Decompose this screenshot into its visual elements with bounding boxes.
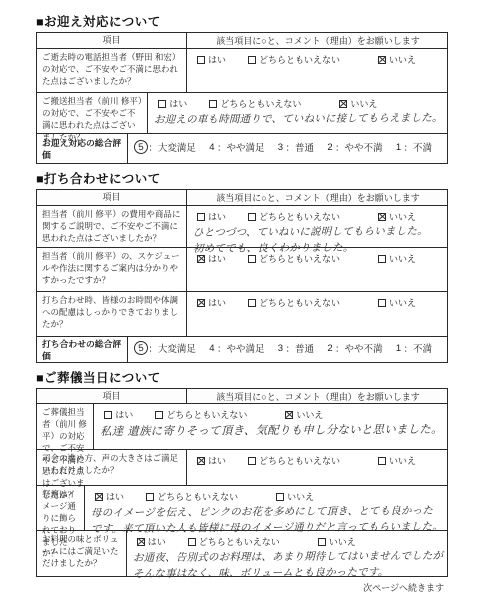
- checkbox-icon: [378, 255, 386, 263]
- option-yes: はい: [197, 53, 226, 66]
- rating-cell: 5：大変満足 4：やや満足 3：普通 2：やや不満 1：不満: [128, 337, 447, 362]
- answer-cell: はい どちらともいえない いいえ: [187, 450, 447, 485]
- question-cell: 打ち合わせ時、皆様のお時間や体調への配慮はしっかりできておりましたか？: [37, 292, 187, 336]
- header-item: 項目: [37, 190, 187, 205]
- question-cell: 司会の進め方、声の大きさはご満足いただけましたか？: [37, 450, 187, 485]
- options-row: はい どちらともいえない いいえ: [193, 210, 443, 223]
- options-row: はい どちらともいえない いいえ: [193, 454, 443, 467]
- handwritten-comment: 母のイメージを伝え、ピンクのお花を多めにして頂き、とても良かった: [91, 504, 443, 521]
- options-row: はい どちらともいえない いいえ: [154, 97, 443, 110]
- next-page-note: 次ページへ続きます: [36, 581, 448, 594]
- options-row: はい どちらともいえない いいえ: [193, 252, 443, 265]
- option-neutral: どちらともいえない: [248, 53, 340, 66]
- checkbox-icon: [248, 457, 256, 465]
- options-row: はい どちらともいえない いいえ: [100, 408, 443, 421]
- rating-scale: 5：大変満足 4：やや満足 3：普通 2：やや不満 1：不満: [134, 140, 443, 154]
- question-cell: ご葬儀担当者（前川 修平）の対応で、ご不安やご不満に思われた点はございましたか？: [37, 404, 94, 449]
- table-row: 担当者（前川 修平）の費用や商品に関するご説明で、ご不安やご不満に思われた点はご…: [37, 205, 447, 247]
- table-row: 担当者（前川 修平）の、スケジュールや作法に関するご案内は分かりやすかったですか…: [37, 247, 447, 291]
- handwritten-comment: そんな事はなく、味、ボリュームとも良かったです。: [133, 565, 443, 581]
- section-title-pickup: ■お迎え対応について: [36, 12, 448, 30]
- table-header-row: 項目 該当項目に○と、コメント（理由）をお願いします: [37, 33, 447, 48]
- meeting-table: 項目 該当項目に○と、コメント（理由）をお願いします 担当者（前川 修平）の費用…: [36, 189, 448, 363]
- options-row: はい どちらともいえない いいえ: [193, 53, 443, 66]
- header-comment: 該当項目に○と、コメント（理由）をお願いします: [187, 389, 447, 403]
- section-title-funeral-day: ■ご葬儀当日について: [36, 368, 448, 386]
- option-no: いいえ: [378, 53, 416, 66]
- option-no: いいえ: [378, 252, 416, 265]
- handwritten-comment: お通夜、告別式のお料理は、あまり期待してはいませんでしたが: [133, 549, 443, 565]
- rating-cell: 5：大変満足 4：やや満足 3：普通 2：やや不満 1：不満: [128, 134, 447, 163]
- total-evaluation-row: 打ち合わせの総合評価 5：大変満足 4：やや満足 3：普通 2：やや不満 1：不…: [37, 336, 447, 362]
- total-evaluation-row: お迎え対応の総合評価 5：大変満足 4：やや満足 3：普通 2：やや不満 1：不…: [37, 133, 447, 163]
- option-no: いいえ: [318, 535, 356, 548]
- option-neutral: どちらともいえない: [188, 535, 280, 548]
- options-row: はい どちらともいえない いいえ: [193, 296, 443, 309]
- scanned-survey-page: ■お迎え対応について 項目 該当項目に○と、コメント（理由）をお願いします ご逝…: [0, 0, 480, 600]
- answer-cell: はい どちらともいえない いいえ お通夜、告別式のお料理は、あまり期待してはいま…: [127, 531, 447, 576]
- option-no: いいえ: [339, 97, 377, 110]
- option-yes: はい: [197, 252, 226, 265]
- checkbox-icon: [209, 100, 217, 108]
- option-yes: はい: [158, 97, 187, 110]
- option-neutral: どちらともいえない: [155, 408, 247, 421]
- checkbox-icon: [378, 299, 386, 307]
- option-neutral: どちらともいえない: [209, 97, 301, 110]
- table-row: ご搬送担当者（前川 修平）の対応で、ご不安やご不満に思われた点はございましたか？…: [37, 92, 447, 133]
- checkbox-icon: [248, 299, 256, 307]
- checkbox-icon: [318, 538, 326, 546]
- table-row: 祭壇はイメージ通りに飾られておりましたか？ はい どちらともいえない いいえ 母…: [37, 485, 447, 530]
- answer-cell: はい どちらともいえない いいえ 私達 遺族に寄りそって頂き、気配りも申し分ない…: [94, 404, 447, 449]
- funeral-day-table: 項目 該当項目に○と、コメント（理由）をお願いします ご葬儀担当者（前川 修平）…: [36, 388, 448, 577]
- question-cell: 担当者（前川 修平）の、スケジュールや作法に関するご案内は分かりやすかったですか…: [37, 248, 187, 291]
- rating-5-circled: 5: [134, 139, 149, 154]
- rating-scale: 5：大変満足 4：やや満足 3：普通 2：やや不満 1：不満: [134, 341, 443, 355]
- answer-cell: はい どちらともいえない いいえ お迎えの車も時間通りで、ていねいに接してもらえ…: [148, 93, 447, 133]
- table-row: ご逝去時の電話担当者（野田 和宏）の対応で、ご不安やご不満に思われた点はございま…: [37, 48, 447, 92]
- checkbox-icon: [276, 493, 284, 501]
- option-no: いいえ: [378, 210, 416, 223]
- section-title-meeting: ■打ち合わせについて: [36, 169, 448, 187]
- checkbox-icon: [378, 457, 386, 465]
- handwritten-comment: 私達 遺族に寄りそって頂き、気配りも申し分ないと思いました。: [100, 422, 443, 440]
- checkbox-icon: [248, 56, 256, 64]
- checkbox-icon: [197, 457, 205, 465]
- checkbox-icon: [155, 411, 163, 419]
- option-neutral: どちらともいえない: [248, 454, 340, 467]
- header-comment: 該当項目に○と、コメント（理由）をお願いします: [187, 190, 447, 205]
- handwritten-comment: ひとつづつ、ていねいに説明してもらいました。: [193, 224, 443, 240]
- checkbox-icon: [248, 255, 256, 263]
- total-label: 打ち合わせの総合評価: [37, 337, 128, 362]
- options-row: はい どちらともいえない いいえ: [133, 535, 443, 548]
- checkbox-icon: [95, 493, 103, 501]
- checkbox-icon: [378, 56, 386, 64]
- answer-cell: はい どちらともいえない いいえ 母のイメージを伝え、ピンクのお花を多めにして頂…: [85, 486, 447, 530]
- checkbox-icon: [197, 299, 205, 307]
- checkbox-icon: [158, 100, 166, 108]
- table-row: 打ち合わせ時、皆様のお時間や体調への配慮はしっかりできておりましたか？ はい ど…: [37, 291, 447, 336]
- checkbox-icon: [104, 411, 112, 419]
- total-label: お迎え対応の総合評価: [37, 134, 128, 163]
- option-no: いいえ: [378, 454, 416, 467]
- option-yes: はい: [104, 408, 133, 421]
- checkbox-icon: [285, 411, 293, 419]
- checkbox-icon: [188, 538, 196, 546]
- question-cell: お料理の味とボリュームにはご満足いただけましたか？: [37, 531, 127, 576]
- option-no: いいえ: [276, 490, 314, 503]
- option-yes: はい: [197, 454, 226, 467]
- checkbox-icon: [146, 493, 154, 501]
- table-row: ご葬儀担当者（前川 修平）の対応で、ご不安やご不満に思われた点はございましたか？…: [37, 403, 447, 449]
- checkbox-icon: [197, 255, 205, 263]
- checkbox-icon: [339, 100, 347, 108]
- option-yes: はい: [197, 296, 226, 309]
- answer-cell: はい どちらともいえない いいえ ひとつづつ、ていねいに説明してもらいました。 …: [187, 206, 447, 247]
- table-header-row: 項目 該当項目に○と、コメント（理由）をお願いします: [37, 389, 447, 403]
- checkbox-icon: [248, 213, 256, 221]
- header-item: 項目: [37, 33, 187, 48]
- option-no: いいえ: [285, 408, 323, 421]
- option-yes: はい: [137, 535, 166, 548]
- header-item: 項目: [37, 389, 187, 403]
- option-neutral: どちらともいえない: [248, 296, 340, 309]
- handwritten-comment: お迎えの車も時間通りで、ていねいに接してもらえました。: [154, 111, 443, 127]
- rating-5-circled: 5: [134, 340, 149, 355]
- answer-cell: はい どちらともいえない いいえ: [187, 292, 447, 336]
- checkbox-icon: [137, 538, 145, 546]
- question-cell: 祭壇はイメージ通りに飾られておりましたか？: [37, 486, 85, 530]
- checkbox-icon: [197, 56, 205, 64]
- question-cell: ご逝去時の電話担当者（野田 和宏）の対応で、ご不安やご不満に思われた点はございま…: [37, 49, 187, 92]
- answer-cell: はい どちらともいえない いいえ: [187, 49, 447, 92]
- checkbox-icon: [378, 213, 386, 221]
- option-no: いいえ: [378, 296, 416, 309]
- checkbox-icon: [197, 213, 205, 221]
- table-row: 司会の進め方、声の大きさはご満足いただけましたか？ はい どちらともいえない い…: [37, 449, 447, 485]
- option-yes: はい: [197, 210, 226, 223]
- option-yes: はい: [95, 490, 124, 503]
- table-header-row: 項目 該当項目に○と、コメント（理由）をお願いします: [37, 190, 447, 205]
- answer-cell: はい どちらともいえない いいえ: [187, 248, 447, 291]
- table-row: お料理の味とボリュームにはご満足いただけましたか？ はい どちらともいえない い…: [37, 530, 447, 576]
- option-neutral: どちらともいえない: [146, 490, 238, 503]
- header-comment: 該当項目に○と、コメント（理由）をお願いします: [187, 33, 447, 48]
- question-cell: ご搬送担当者（前川 修平）の対応で、ご不安やご不満に思われた点はございましたか？: [37, 93, 148, 133]
- options-row: はい どちらともいえない いいえ: [91, 490, 443, 503]
- question-cell: 担当者（前川 修平）の費用や商品に関するご説明で、ご不安やご不満に思われた点はご…: [37, 206, 187, 247]
- option-neutral: どちらともいえない: [248, 210, 340, 223]
- pickup-table: 項目 該当項目に○と、コメント（理由）をお願いします ご逝去時の電話担当者（野田…: [36, 32, 448, 164]
- option-neutral: どちらともいえない: [248, 252, 340, 265]
